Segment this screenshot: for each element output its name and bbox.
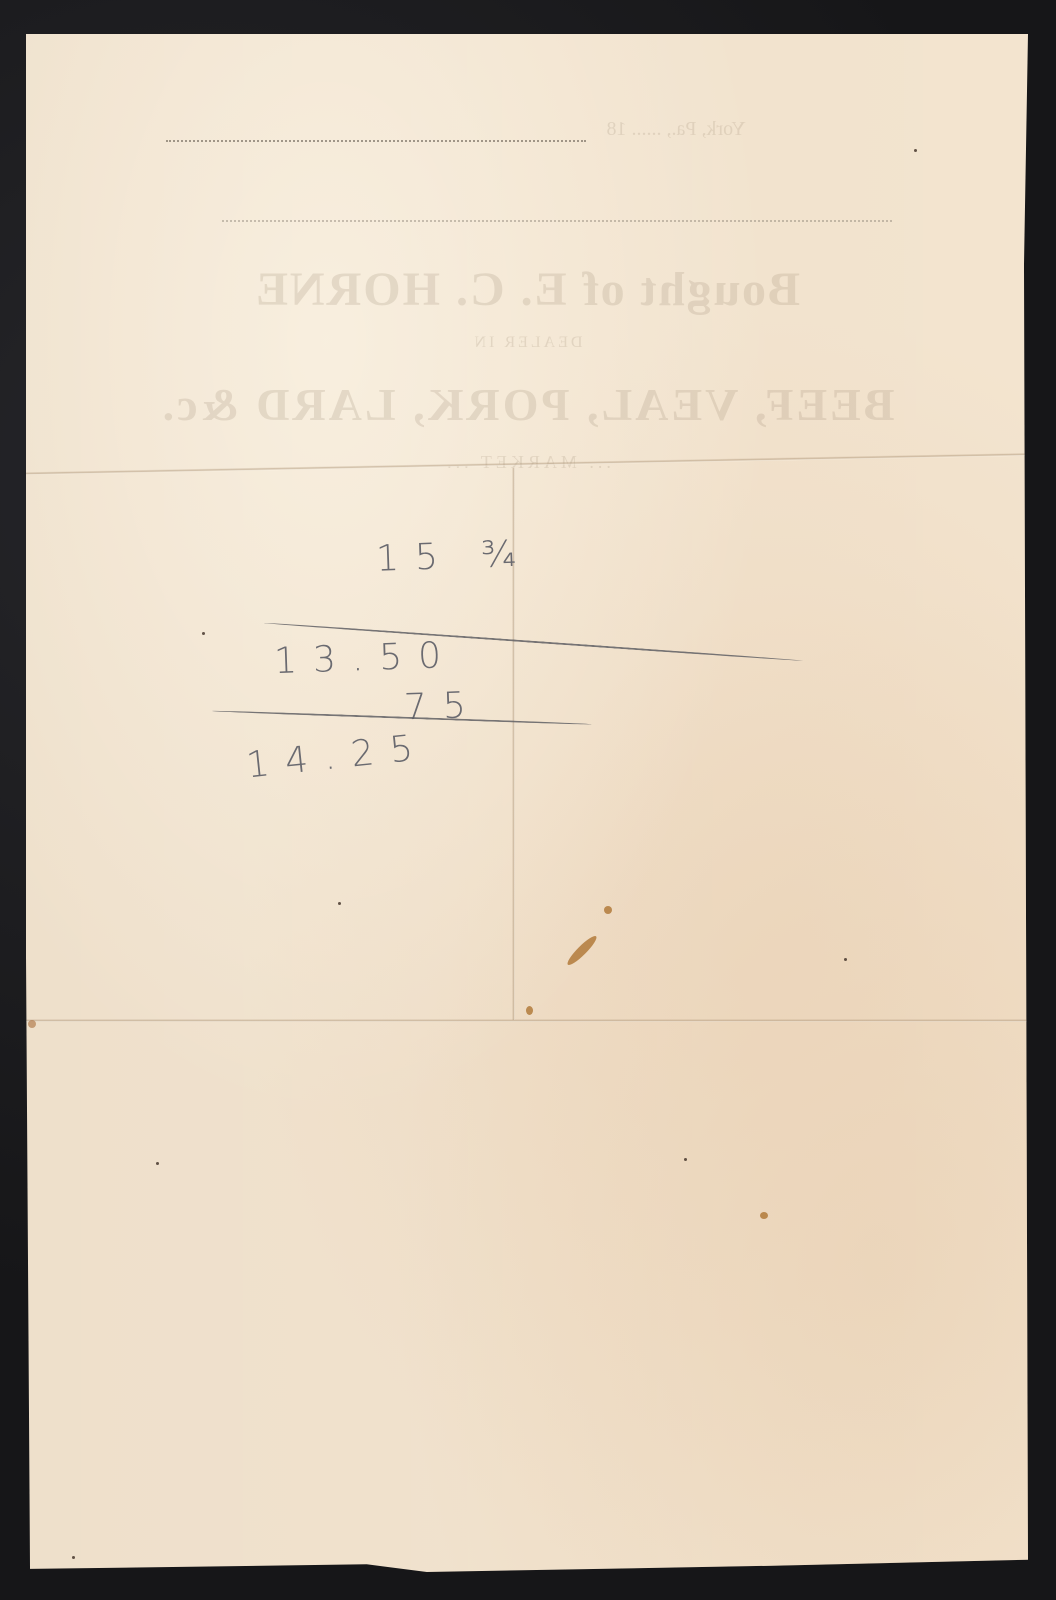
rust-stain <box>565 933 600 968</box>
ghost-dealer-in: DEALER IN <box>26 334 1028 352</box>
pencil-line-4: 14.25 <box>244 727 430 787</box>
ghost-name-rule <box>222 220 892 222</box>
receipt-paper: York, Pa., ...... 18 Bought of E. C. HOR… <box>26 34 1028 1572</box>
pencil-line-3: 75 <box>403 685 482 729</box>
speck <box>338 902 341 905</box>
fold-crease-lower <box>26 1019 1028 1022</box>
speck <box>684 1158 687 1161</box>
speck <box>156 1162 159 1165</box>
speck <box>844 958 847 961</box>
speck <box>914 149 917 152</box>
speck <box>72 1556 75 1559</box>
rust-speck-edge <box>28 1020 36 1028</box>
ghost-goods: BEEF, VEAL, PORK, LARD &c. <box>26 378 1028 431</box>
pencil-rule-2 <box>212 710 592 725</box>
speck <box>202 632 205 635</box>
pencil-line-2: 13.50 <box>273 635 457 682</box>
rust-speck-lower <box>760 1212 768 1219</box>
ghost-date-line: York, Pa., ...... 18 <box>466 118 886 141</box>
rust-speck-fold <box>526 1006 533 1015</box>
pencil-line-1: 15 ¾ <box>375 533 532 579</box>
rust-speck <box>604 906 612 914</box>
ghost-bought-of: Bought of E. C. HORNE <box>26 262 1028 317</box>
